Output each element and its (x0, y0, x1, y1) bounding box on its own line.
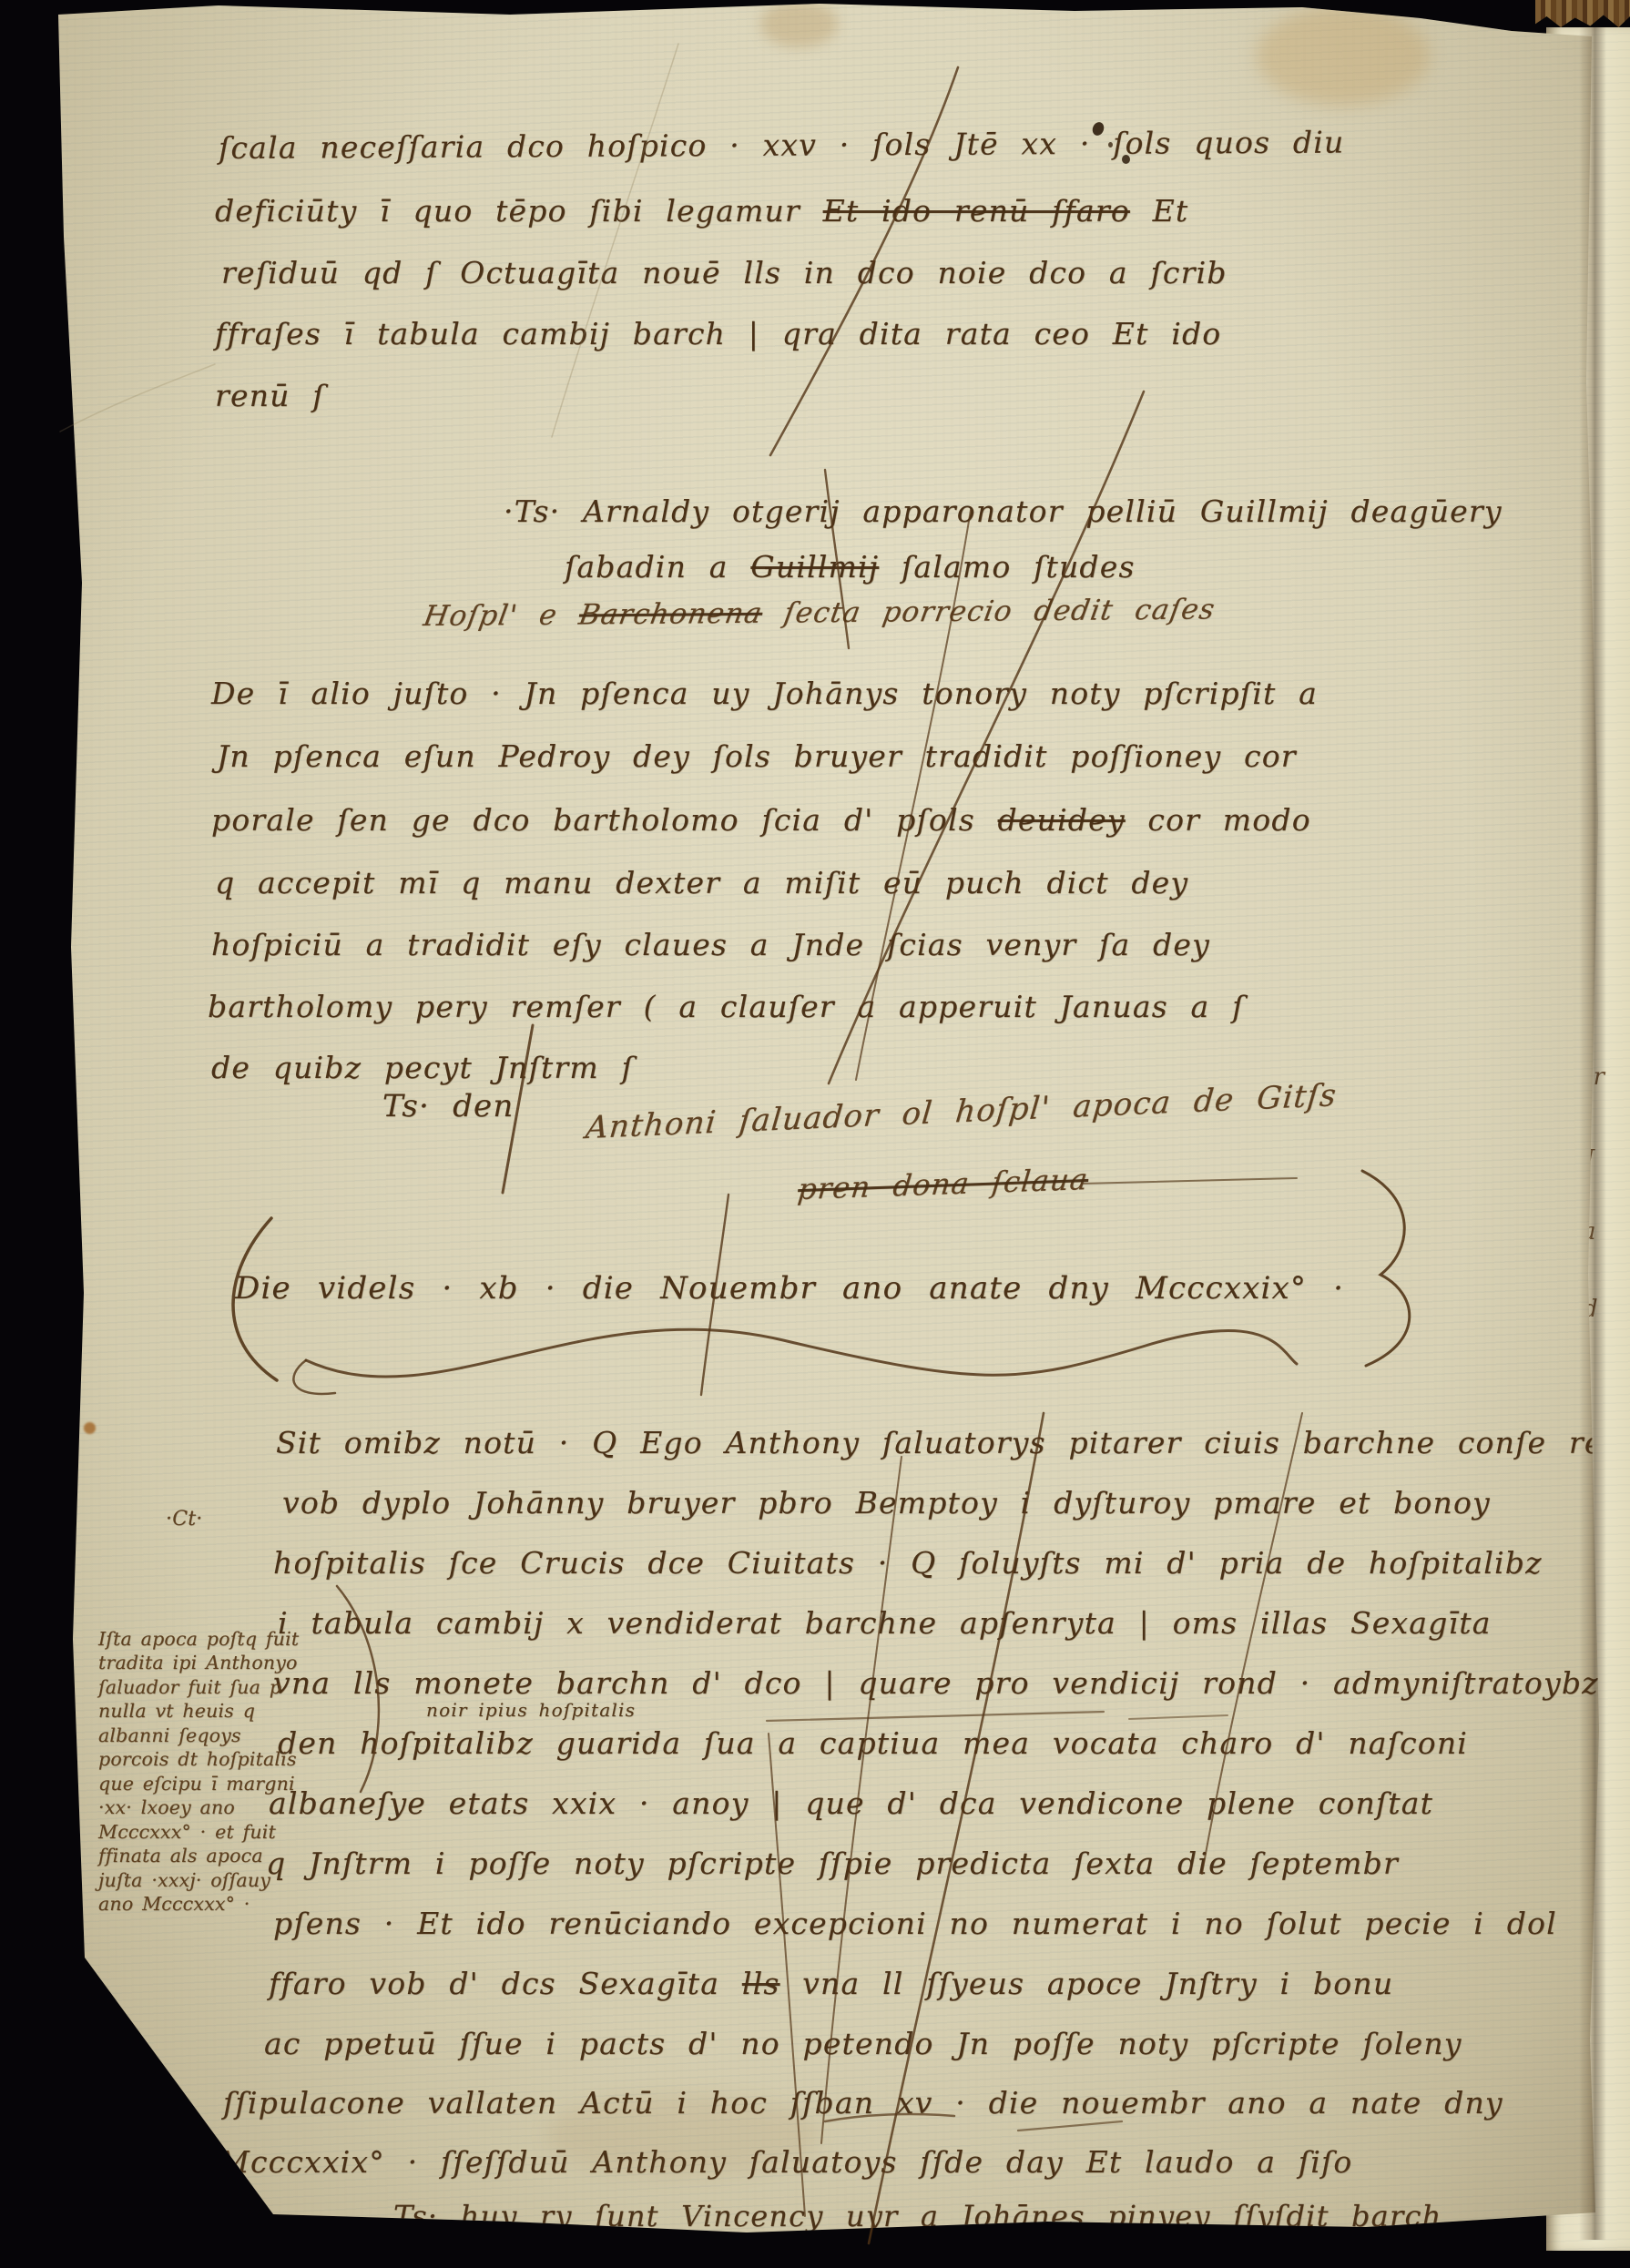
cancellation-stroke (825, 470, 849, 648)
horizontal-dash (825, 2114, 954, 2121)
cancellation-stroke (503, 1025, 533, 1193)
cancellation-stroke (821, 1457, 902, 2143)
date-close-brace (1362, 1171, 1410, 1366)
cancellation-stroke (856, 510, 971, 1080)
manuscript-photo: naer F N Rea ſſud oz 2 Po ſcala neceſſar… (0, 0, 1630, 2268)
horizontal-dash (1129, 1715, 1228, 1719)
paper-crease (552, 44, 678, 437)
cancellation-stroke (1202, 1413, 1302, 1874)
cancellation-stroke (701, 1195, 728, 1395)
date-open-paren (233, 1218, 277, 1380)
cancellation-stroke (770, 67, 958, 455)
date-flourish-curl (293, 1360, 335, 1394)
date-flourish (306, 1329, 1297, 1377)
horizontal-dash (1018, 2121, 1122, 2131)
paper-crease (60, 364, 215, 432)
cancellation-stroke (869, 1413, 1044, 2243)
margin-note-bracket (337, 1586, 379, 1792)
horizontal-dash (767, 1712, 1104, 1721)
cancellation-stroke (769, 1734, 805, 2216)
pen-strokes-overlay (0, 0, 1630, 2268)
horizontal-dash (1082, 1178, 1297, 1184)
